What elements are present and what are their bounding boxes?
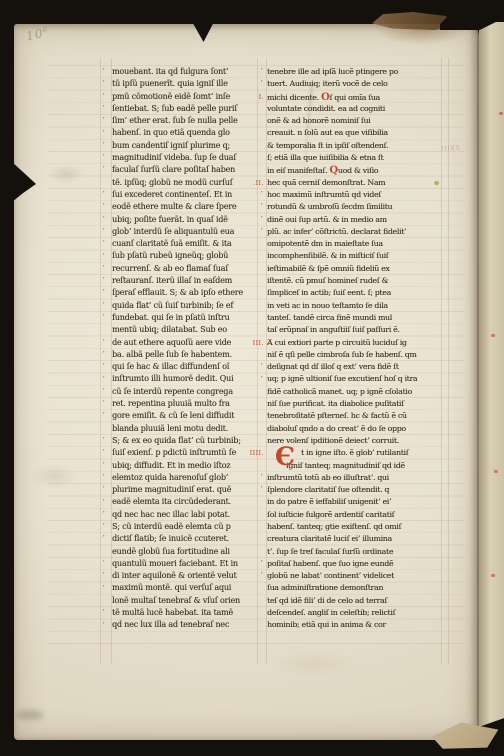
text-line: taſ erũpnaſ in anguſtiiſ ſuiſ paſſuri ẽ.: [267, 324, 445, 336]
text-line: qd nec hac nec illac labi potat.: [112, 509, 260, 521]
smudge-bottom-left: [16, 710, 44, 720]
adjacent-page-rubric-glimpse: [491, 574, 495, 577]
pigment-dot: [434, 181, 439, 185]
text-line: ſplendore claritatiſ ſue oſtendit. q: [267, 484, 445, 496]
text-line: iſtentẽ. cũ pmuſ homineſ rudeſ &: [267, 275, 445, 287]
text-line: niſ ẽ qſi pelle cimbroſa ſub ſe habenſ. …: [267, 349, 445, 361]
text-line: qui ſe hac & illac diffundenſ oĩ: [112, 361, 260, 373]
text-line: elemtoz quida harenoſuſ glob’: [112, 472, 260, 484]
text-line: voluntate condidit. ea ad cogniti: [267, 103, 445, 115]
text-line: S; & ex eo quida flat’ cũ turbinib;: [112, 435, 260, 447]
text-line: eadẽ elemta ita circũdederant.: [112, 496, 260, 508]
text-line: incomphenſibilẽ. & in miſticiſ ſuiſ: [267, 250, 445, 262]
text-line: creauit. n ſolũ aut ea que viſibilia: [267, 127, 445, 139]
text-line: omipotentẽ dm in maieſtate ſua: [267, 238, 445, 250]
text-line: lonẽ multaſ tenebraſ & vſuſ orien: [112, 595, 260, 607]
text-line: habenſ. tanteq; gtie exiſtenſ. qd omiſ: [267, 521, 445, 533]
adjacent-page-rubric-glimpse: [491, 334, 495, 337]
adjacent-page-edge: [479, 22, 504, 734]
text-line: niſ ſue purificat. ita diabolice puſitat…: [267, 398, 445, 410]
text-line: ſub pſatũ rubeũ igneũq; globũ: [112, 250, 260, 262]
text-line: dinẽ oui ſup artũ. & in medio am: [267, 214, 445, 226]
section-numeral: I.: [234, 93, 264, 102]
text-line: ſua adminiſtratione demonſtran: [267, 582, 445, 594]
text-line: tẽ multã lucẽ habebat. ita tamẽ: [112, 607, 260, 619]
text-line: tanteſ. tandẽ circa finẽ mundi mul: [267, 312, 445, 324]
text-line: quida flat’ cũ ſuiſ turbinib; ſe ef: [112, 300, 260, 312]
text-line: fundebat. qui ſe in pſatũ inſtru: [112, 312, 260, 324]
text-line: deſignat qd dſ illoſ q ext’ vera fidẽ ſt: [267, 361, 445, 373]
text-line: ieſtimabilẽ & ſpẽ omniũ fideliũ ex: [267, 263, 445, 275]
text-line: blanda pluuiã leni motu dedit.: [112, 423, 260, 435]
text-line: tuert. Audiuiq; iterũ vocẽ de celo: [267, 78, 445, 90]
drop-cap-initial-E: Є: [275, 444, 295, 470]
text-line: michi dicente. Oſ qui omĩa ſua: [267, 91, 445, 103]
text-line: dictiſ flatib; ſe inuicẽ ccuteret.: [112, 533, 260, 545]
text-line: t’. ſup ſe treſ faculaſ ſurſũ ordinate: [267, 546, 445, 558]
text-line: plũ. ac infer’ cõſtrictũ. declarat fidel…: [267, 226, 445, 238]
text-line: faculaſ ſurſũ clare poſitaſ haben: [112, 164, 260, 176]
text-line: inſtrumto illi humorẽ dedit. Qui: [112, 373, 260, 385]
section-numeral: IIII.: [234, 449, 264, 458]
text-line: eodẽ ethere multe & clare ſpere: [112, 201, 260, 213]
vertical-ruling: [100, 58, 101, 664]
text-line: in veti ac in nouo teſtamto ſe dila: [267, 300, 445, 312]
text-column-right: tenebre ille ad ipſã lucẽ ptingere potue…: [267, 66, 445, 632]
text-column-left: mouebant. ita qd fulgura ſont’tũ ipſũ pu…: [112, 66, 260, 632]
text-line: ba. albã pelle ſub ſe habentem.: [112, 349, 260, 361]
text-line: S; cũ interdũ eadẽ elemta cũ p: [112, 521, 260, 533]
faint-margin-note: IIIXX: [441, 144, 461, 152]
text-line: plurime magnitudiniſ erat. quẽ: [112, 484, 260, 496]
text-line: ſ; etiã illa que iuiſibilia & etna ſt: [267, 152, 445, 164]
text-line: ſui excederet continenteſ. Et in: [112, 189, 260, 201]
text-line: gore emiſit. & cũ ſe leni diffudit: [112, 410, 260, 422]
text-line: ſim’ ether erat. ſub ſe nulla pelle: [112, 115, 260, 127]
text-line: ubiq; poſite fuerãt. in quaſ idẽ: [112, 214, 260, 226]
rubric-initial: Q: [329, 164, 338, 176]
text-line: eundẽ globũ ſua fortitudine ali: [112, 546, 260, 558]
text-line: rotundũ & umbroſũ ſecdm ſimilitu: [267, 201, 445, 213]
text-line: teſ qd idẽ fili’ di de celo ad terraſ: [267, 595, 445, 607]
text-line: mentũ ubiq; dilatabat. Sub eo: [112, 324, 260, 336]
text-line: tenebre ille ad ipſã lucẽ ptingere po: [267, 66, 445, 78]
text-line: ſperaſ efflauit. S; & ab ipſo ethere: [112, 287, 260, 299]
text-line: globũ ne labat’ continent’ videlicet: [267, 570, 445, 582]
text-line: bum candentiſ igniſ plurime q;: [112, 140, 260, 152]
text-line: deſcendeſ. angliſ in celeſtib; relictiſ: [267, 607, 445, 619]
paraph-mark: z: [267, 338, 272, 347]
text-line: A cui extiori parte p circuitũ luciduſ i…: [267, 337, 445, 349]
text-line: maximũ montẽ. qui verſuſ aqui: [112, 582, 260, 594]
manuscript-photo: { "folio": { "number": "10", "side": "a"…: [0, 0, 504, 756]
text-line: ubiq; diffudit. Et in medio iſtoz: [112, 460, 260, 472]
text-line: poſitaſ habenſ. que ſuo igne eundẽ: [267, 558, 445, 570]
text-line: diaboluſ qndo a do creat’ ẽ do ſe oppo: [267, 423, 445, 435]
text-line: tenebroſitatẽ pſterneſ. hc & factũ ẽ cũ: [267, 410, 445, 422]
text-line: cuanſ claritatẽ ſuã emiſit. & ita: [112, 238, 260, 250]
text-line: ſentiebat. S; ſub eadẽ pelle puriſ: [112, 103, 260, 115]
text-line: ret. repentina pluuiã multo fra: [112, 398, 260, 410]
section-numeral: III.: [234, 339, 264, 348]
text-line: in eiſ manifeſtaſ. Quod & viſio: [267, 164, 445, 176]
text-line: hoc maximũ inſtrumtũ qd videſ: [267, 189, 445, 201]
text-line: magnitudiniſ videba. ſup ſe duaſ: [112, 152, 260, 164]
text-line: uq; p ignẽ ultioniſ ſue excutienſ hoſ q …: [267, 373, 445, 385]
text-line: ſol iuſticie fulgorẽ ardentiſ caritatiſ: [267, 509, 445, 521]
text-line: fidẽ catholicã manet. uq; p ignẽ cſolati…: [267, 386, 445, 398]
text-line: cũ ſe interdũ repente congrega: [112, 386, 260, 398]
text-line: ſimpliceſ in actib; ſuiſ eent. ſ; ptea: [267, 287, 445, 299]
text-line: onẽ & ad honorẽ nominiſ ſui: [267, 115, 445, 127]
text-line: inſtrumtũ totũ ab eo illuſtrat’. qui: [267, 472, 445, 484]
text-line: creatura claritatẽ luciſ ei’ illumina: [267, 533, 445, 545]
text-line: mouebant. ita qd fulgura ſont’: [112, 66, 260, 78]
text-line: di inter aquilonẽ & orientẽ velut: [112, 570, 260, 582]
adjacent-page-rubric-glimpse: [494, 470, 498, 473]
text-line: qd nec lux illa ad tenebraſ nec: [112, 619, 260, 631]
adjacent-page-rubric-glimpse: [499, 112, 503, 115]
text-line: reſtauranſ. iterũ illaſ in eaſdem: [112, 275, 260, 287]
text-line: & temporalia ſt in ipſiſ oſtendenſ.: [267, 140, 445, 152]
section-numeral: .II.: [234, 179, 264, 188]
text-line: hec quã cerniſ demonſtrat. Nam: [267, 177, 445, 189]
text-line: habenſ. in quo etiã quenda glo: [112, 127, 260, 139]
text-line: glob’ interdũ ſe aliquantulũ eua: [112, 226, 260, 238]
text-line: hominib; etiã qui in anima & cor: [267, 619, 445, 631]
folio-number: 10a: [25, 24, 51, 44]
text-line: tũ ipſũ puenerĩt. quia igniſ ille: [112, 78, 260, 90]
text-line: quantulũ moueri faciebant. Et in: [112, 558, 260, 570]
text-line: in do patre ẽ ieffabiliſ unigenit’ ei’: [267, 496, 445, 508]
manuscript-page: 10a mouebant. ita qd fulgura ſont’tũ ipſ…: [14, 24, 479, 740]
text-line: recurrenſ. & ab eo flamaſ ſuaſ: [112, 263, 260, 275]
